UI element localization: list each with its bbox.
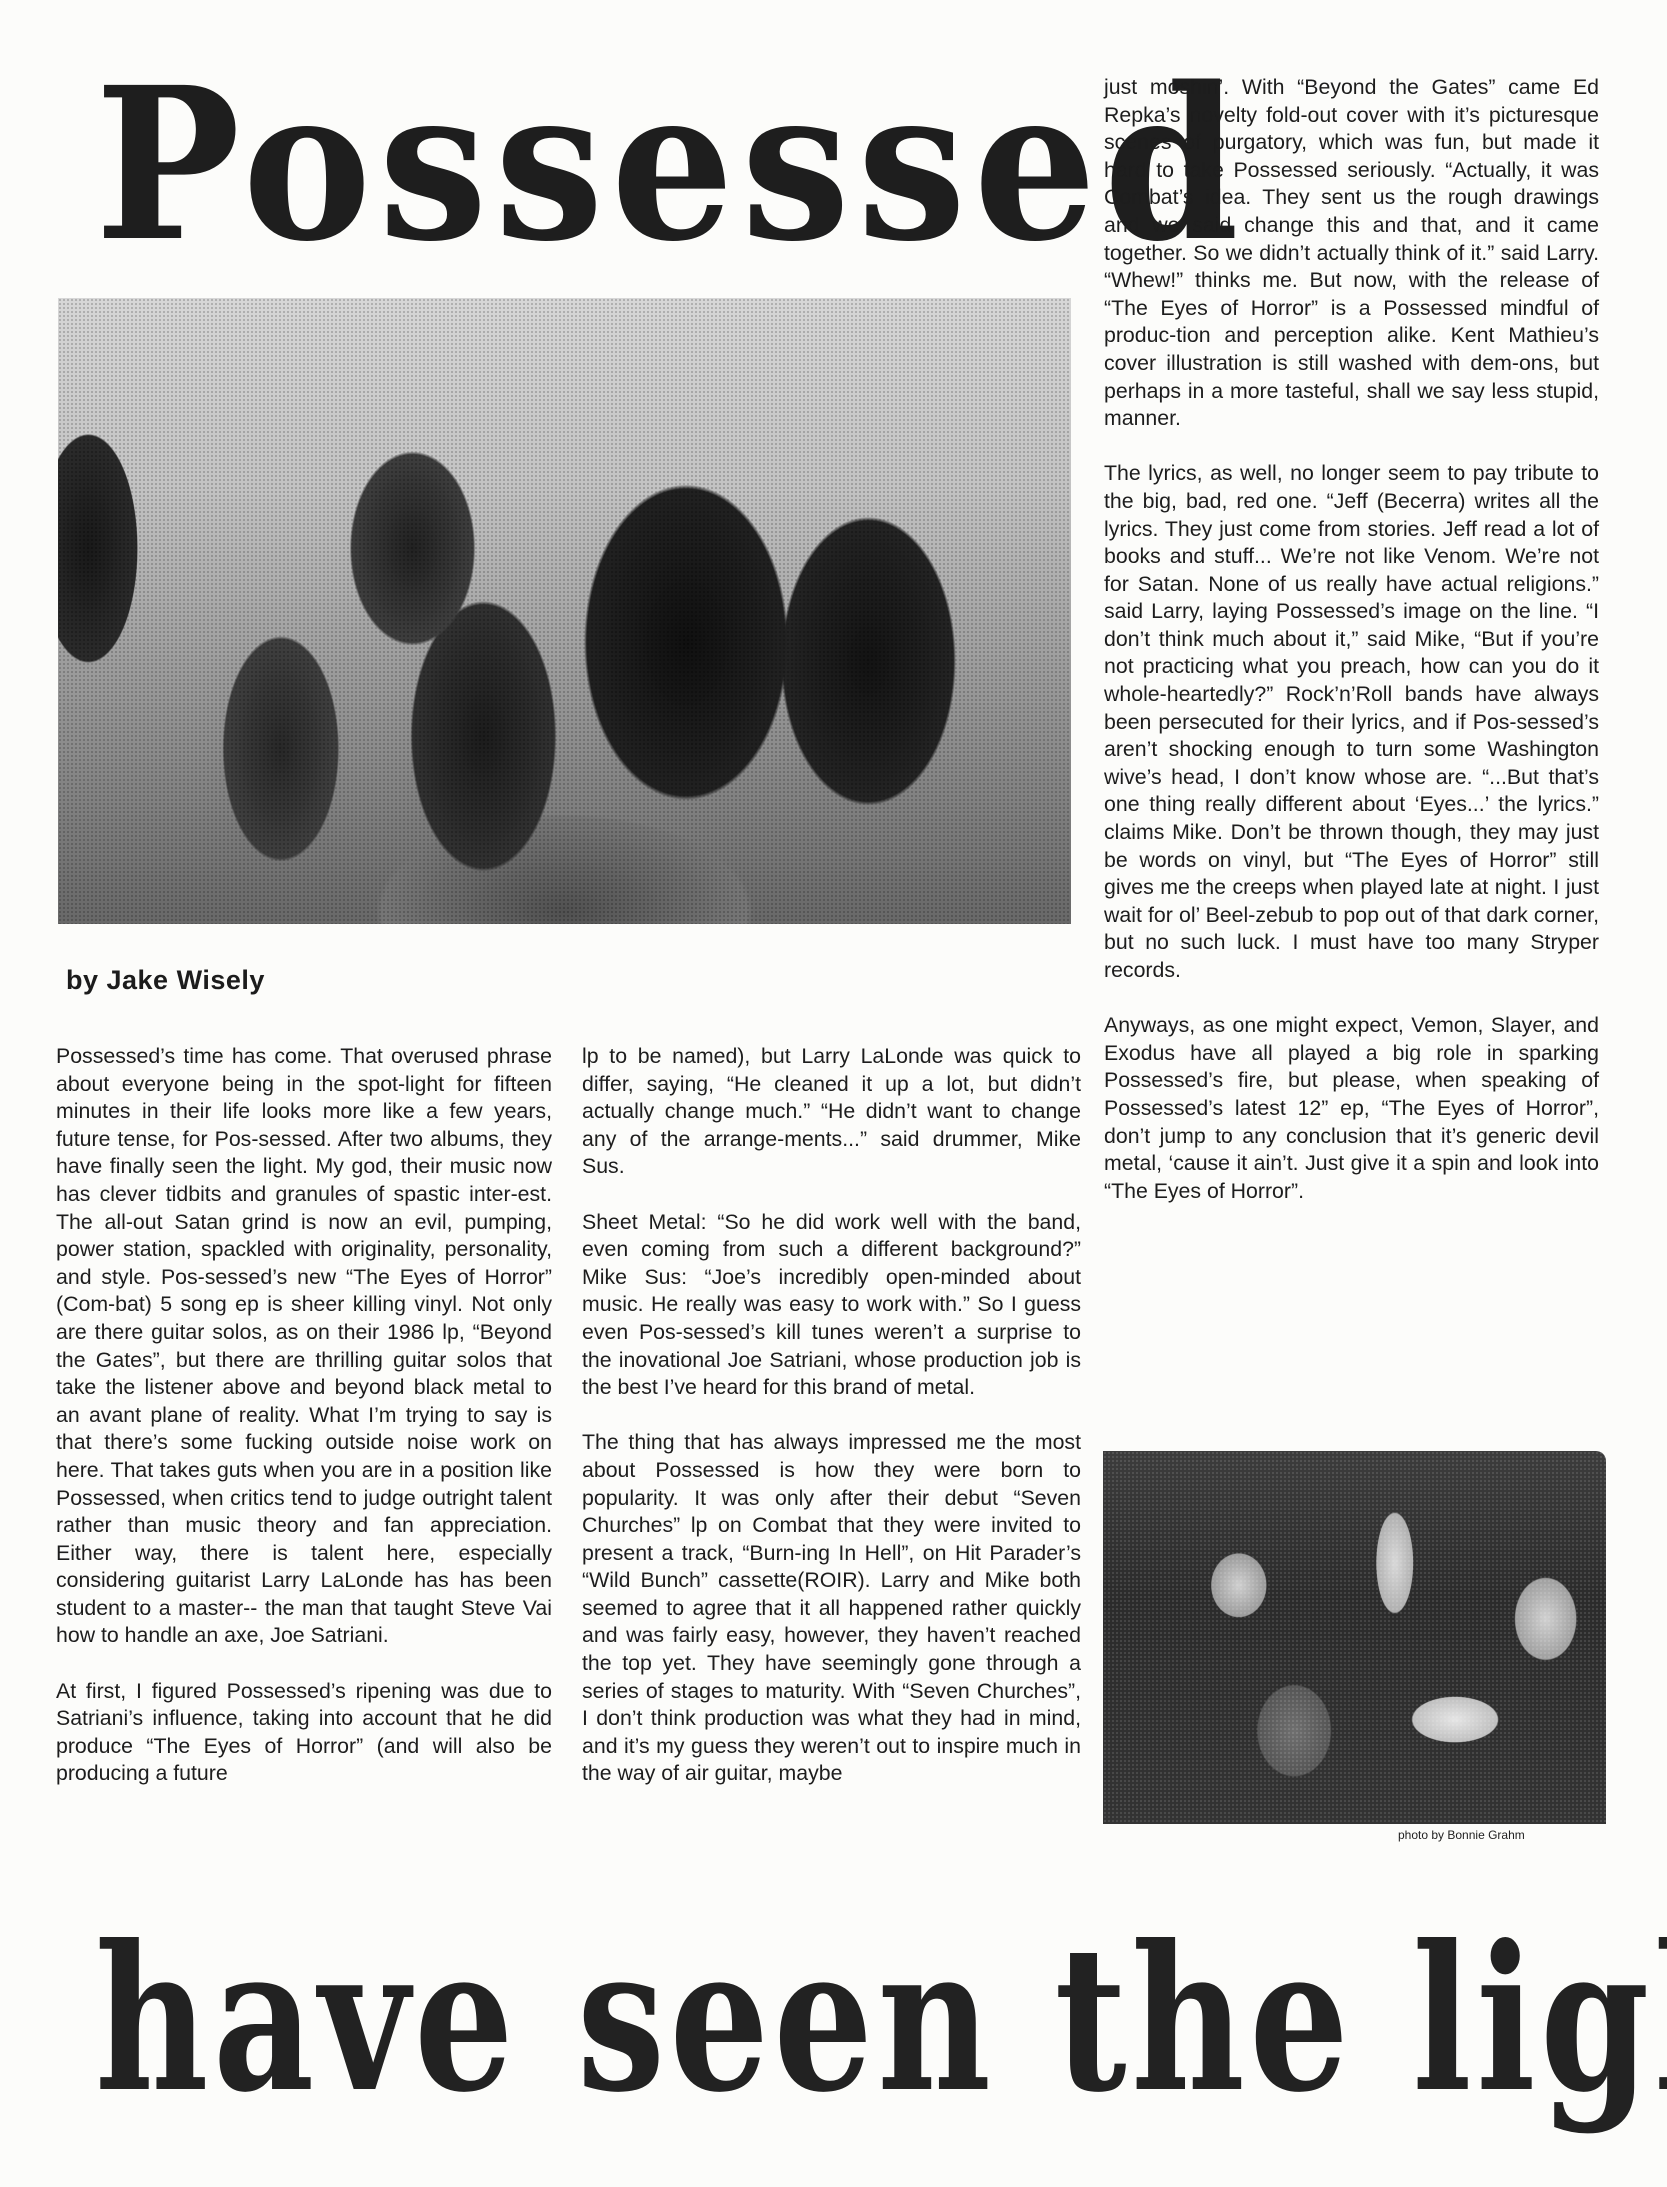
paragraph: lp to be named), but Larry LaLonde was q… <box>582 1043 1081 1181</box>
paragraph: just moshin’. With “Beyond the Gates” ca… <box>1104 74 1599 433</box>
headline-subtitle: have seen the light <box>95 1905 1265 2165</box>
headline-title: Possessed <box>95 40 923 290</box>
paragraph: Possessed’s time has come. That overused… <box>56 1043 552 1650</box>
paragraph: Anyways, as one might expect, Vemon, Sla… <box>1104 1012 1599 1205</box>
paragraph: The thing that has always impressed me t… <box>582 1429 1081 1788</box>
article-column-1: Possessed’s time has come. That overused… <box>56 1043 552 1788</box>
paragraph: At first, I figured Possessed’s ripening… <box>56 1678 552 1788</box>
photo-credit: photo by Bonnie Grahm <box>1398 1828 1525 1842</box>
band-photo <box>58 298 1071 924</box>
paragraph: Sheet Metal: “So he did work well with t… <box>582 1209 1081 1402</box>
article-column-2: lp to be named), but Larry LaLonde was q… <box>582 1043 1081 1788</box>
article-column-3: just moshin’. With “Beyond the Gates” ca… <box>1104 74 1599 1205</box>
paragraph: The lyrics, as well, no longer seem to p… <box>1104 460 1599 984</box>
magazine-page: Possessed by Jake Wisely Possessed’s tim… <box>0 0 1667 2187</box>
live-photo <box>1103 1451 1606 1824</box>
byline: by Jake Wisely <box>66 965 265 996</box>
